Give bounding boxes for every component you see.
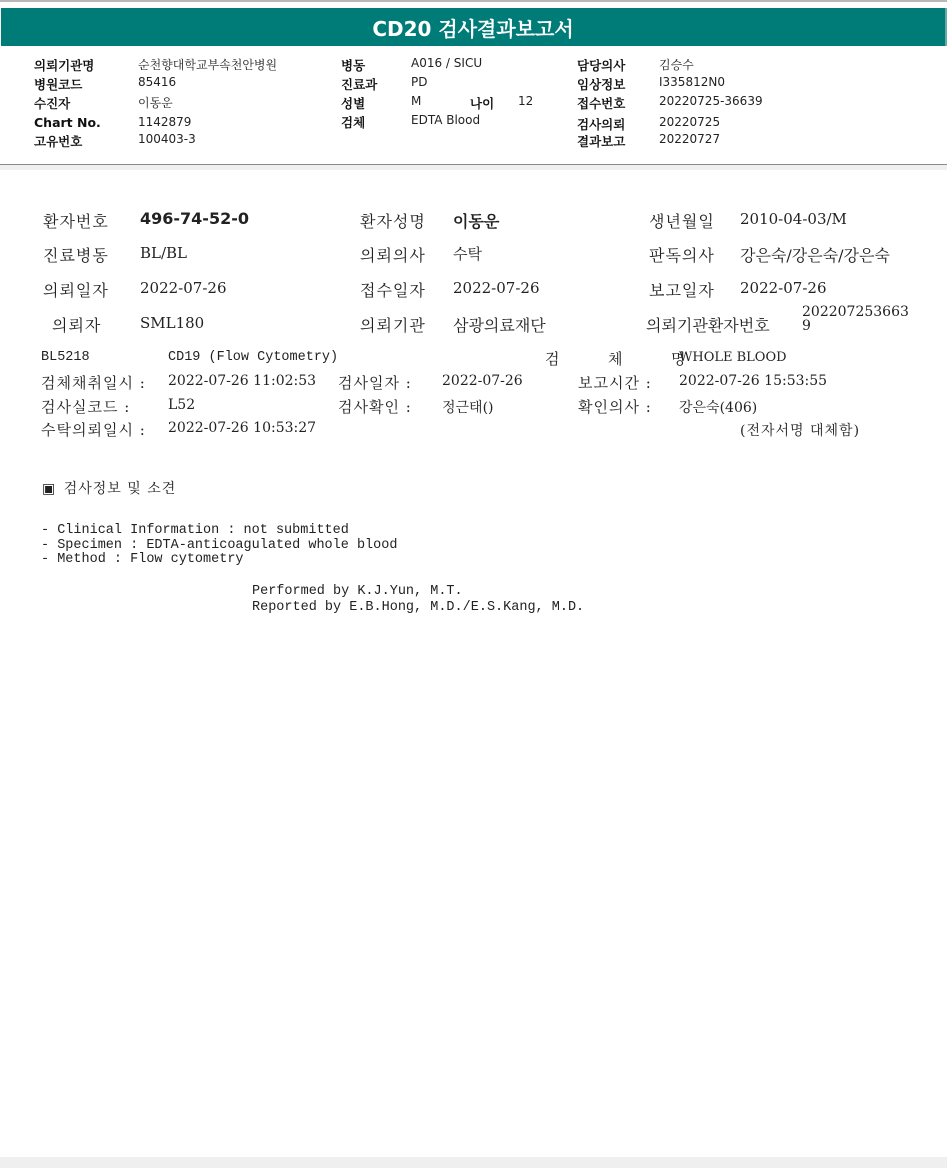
value-inst-patient-no: 202207253663 9 <box>802 305 909 333</box>
label-req-date: 의뢰일자 <box>43 278 109 301</box>
value-patient-name: 이동운 <box>453 209 499 232</box>
value-lab-code: L52 <box>168 397 195 413</box>
header-value-age: 12 <box>518 94 533 108</box>
note-clinical-info: - Clinical Information : not submitted <box>41 524 397 539</box>
header-value-result-report: 20220727 <box>659 132 720 146</box>
header-value-specimen: EDTA Blood <box>411 113 480 127</box>
header-value-physician: 김승수 <box>659 56 694 73</box>
header-label-unique-no: 고유번호 <box>34 132 82 150</box>
header-label-physician: 담당의사 <box>577 56 625 74</box>
header-value-ward: A016 / SICU <box>411 56 482 70</box>
header-value-clinical-info: I335812N0 <box>659 75 725 89</box>
reported-by: Reported by E.B.Hong, M.D./E.S.Kang, M.D… <box>252 600 584 616</box>
header-value-sex: M <box>411 94 421 108</box>
report-title: CD20 검사결과보고서 <box>372 13 573 42</box>
value-confirm-doctor: 강은숙(406) <box>679 397 757 417</box>
label-patient-no: 환자번호 <box>43 209 109 232</box>
header-label-test-request: 검사의뢰 <box>577 115 625 133</box>
label-test-confirm: 검사확인 : <box>338 396 412 417</box>
signature-block: Performed by K.J.Yun, M.T. Reported by E… <box>252 584 584 615</box>
value-reading-doctor: 강은숙/강은숙/강은숙 <box>740 243 890 266</box>
header-value-institution: 순천향대학교부속천안병원 <box>138 56 277 73</box>
value-specimen-name: WHOLE BLOOD <box>679 350 787 365</box>
value-req-date: 2022-07-26 <box>140 279 226 297</box>
findings-section-title: 검사정보 및 소견 <box>64 481 177 497</box>
bottom-band <box>0 1157 947 1168</box>
label-patient-name: 환자성명 <box>360 209 426 232</box>
header-info: 의뢰기관명 순천향대학교부속천안병원 병원코드 85416 수진자 이동운 Ch… <box>0 56 947 156</box>
performed-by: Performed by K.J.Yun, M.T. <box>252 584 584 600</box>
label-requester: 의뢰자 <box>52 313 101 336</box>
label-specimen-name: 검 체 명 <box>545 348 687 369</box>
note-method: - Method : Flow cytometry <box>41 553 397 568</box>
label-birth: 생년월일 <box>649 209 715 232</box>
findings-section-header: ▣ 검사정보 및 소견 <box>42 478 176 498</box>
esign-note: (전자서명 대체함) <box>740 420 860 440</box>
test-code: BL5218 <box>41 350 90 365</box>
value-consign-time: 2022-07-26 10:53:27 <box>168 420 316 436</box>
value-birth: 2010-04-03/M <box>740 210 847 228</box>
value-requester: SML180 <box>140 314 204 332</box>
value-req-doctor: 수탁 <box>453 243 482 264</box>
label-req-doctor: 의뢰의사 <box>360 243 426 266</box>
header-divider-band <box>0 165 947 170</box>
label-recv-date: 접수일자 <box>360 278 426 301</box>
header-label-department: 진료과 <box>341 75 377 93</box>
test-name: CD19 (Flow Cytometry) <box>168 350 338 365</box>
header-label-receipt-no: 접수번호 <box>577 94 625 112</box>
value-collect-time: 2022-07-26 11:02:53 <box>168 373 316 389</box>
value-patient-no: 496-74-52-0 <box>140 209 249 228</box>
label-consign-time: 수탁의뢰일시 : <box>41 419 146 440</box>
header-value-department: PD <box>411 75 427 89</box>
label-collect-time: 검체채취일시 : <box>41 372 146 393</box>
header-label-institution: 의뢰기관명 <box>34 56 94 74</box>
header-value-test-request: 20220725 <box>659 115 720 129</box>
header-value-examinee: 이동운 <box>138 94 173 111</box>
label-req-institution: 의뢰기관 <box>360 313 426 336</box>
header-label-chart-no: Chart No. <box>34 115 101 130</box>
header-value-chart-no: 1142879 <box>138 115 191 129</box>
square-bullet-icon: ▣ <box>42 481 55 497</box>
label-lab-code: 검사실코드 : <box>41 396 130 417</box>
value-ward: BL/BL <box>140 244 187 262</box>
value-req-institution: 삼광의료재단 <box>453 313 546 336</box>
report-title-bar: CD20 검사결과보고서 <box>1 8 947 46</box>
label-report-date: 보고일자 <box>649 278 715 301</box>
label-report-time: 보고시간 : <box>578 372 652 393</box>
value-inst-patient-no-line1: 202207253663 <box>802 305 909 319</box>
value-report-date: 2022-07-26 <box>740 279 826 297</box>
value-test-confirm: 정근태() <box>442 397 494 417</box>
header-value-unique-no: 100403-3 <box>138 132 196 146</box>
findings-notes: - Clinical Information : not submitted -… <box>41 524 397 568</box>
header-label-sex: 성별 <box>341 94 365 112</box>
label-inst-patient-no: 의뢰기관환자번호 <box>646 313 770 336</box>
label-ward: 진료병동 <box>43 243 109 266</box>
header-label-examinee: 수진자 <box>34 94 70 112</box>
header-value-receipt-no: 20220725-36639 <box>659 94 763 108</box>
header-label-result-report: 결과보고 <box>577 132 625 150</box>
label-reading-doctor: 판독의사 <box>649 243 715 266</box>
top-border <box>0 0 947 2</box>
header-label-hospital-code: 병원코드 <box>34 75 82 93</box>
note-specimen: - Specimen : EDTA-anticoagulated whole b… <box>41 539 397 554</box>
value-test-date: 2022-07-26 <box>442 373 523 389</box>
label-confirm-doctor: 확인의사 : <box>578 396 652 417</box>
label-test-date: 검사일자 : <box>338 372 412 393</box>
value-inst-patient-no-line2: 9 <box>802 319 909 333</box>
value-recv-date: 2022-07-26 <box>453 279 539 297</box>
header-value-hospital-code: 85416 <box>138 75 176 89</box>
header-label-age: 나이 <box>470 94 494 112</box>
header-label-clinical-info: 임상정보 <box>577 75 625 93</box>
value-report-time: 2022-07-26 15:53:55 <box>679 373 827 389</box>
header-label-specimen: 검체 <box>341 113 365 131</box>
header-label-ward: 병동 <box>341 56 365 74</box>
